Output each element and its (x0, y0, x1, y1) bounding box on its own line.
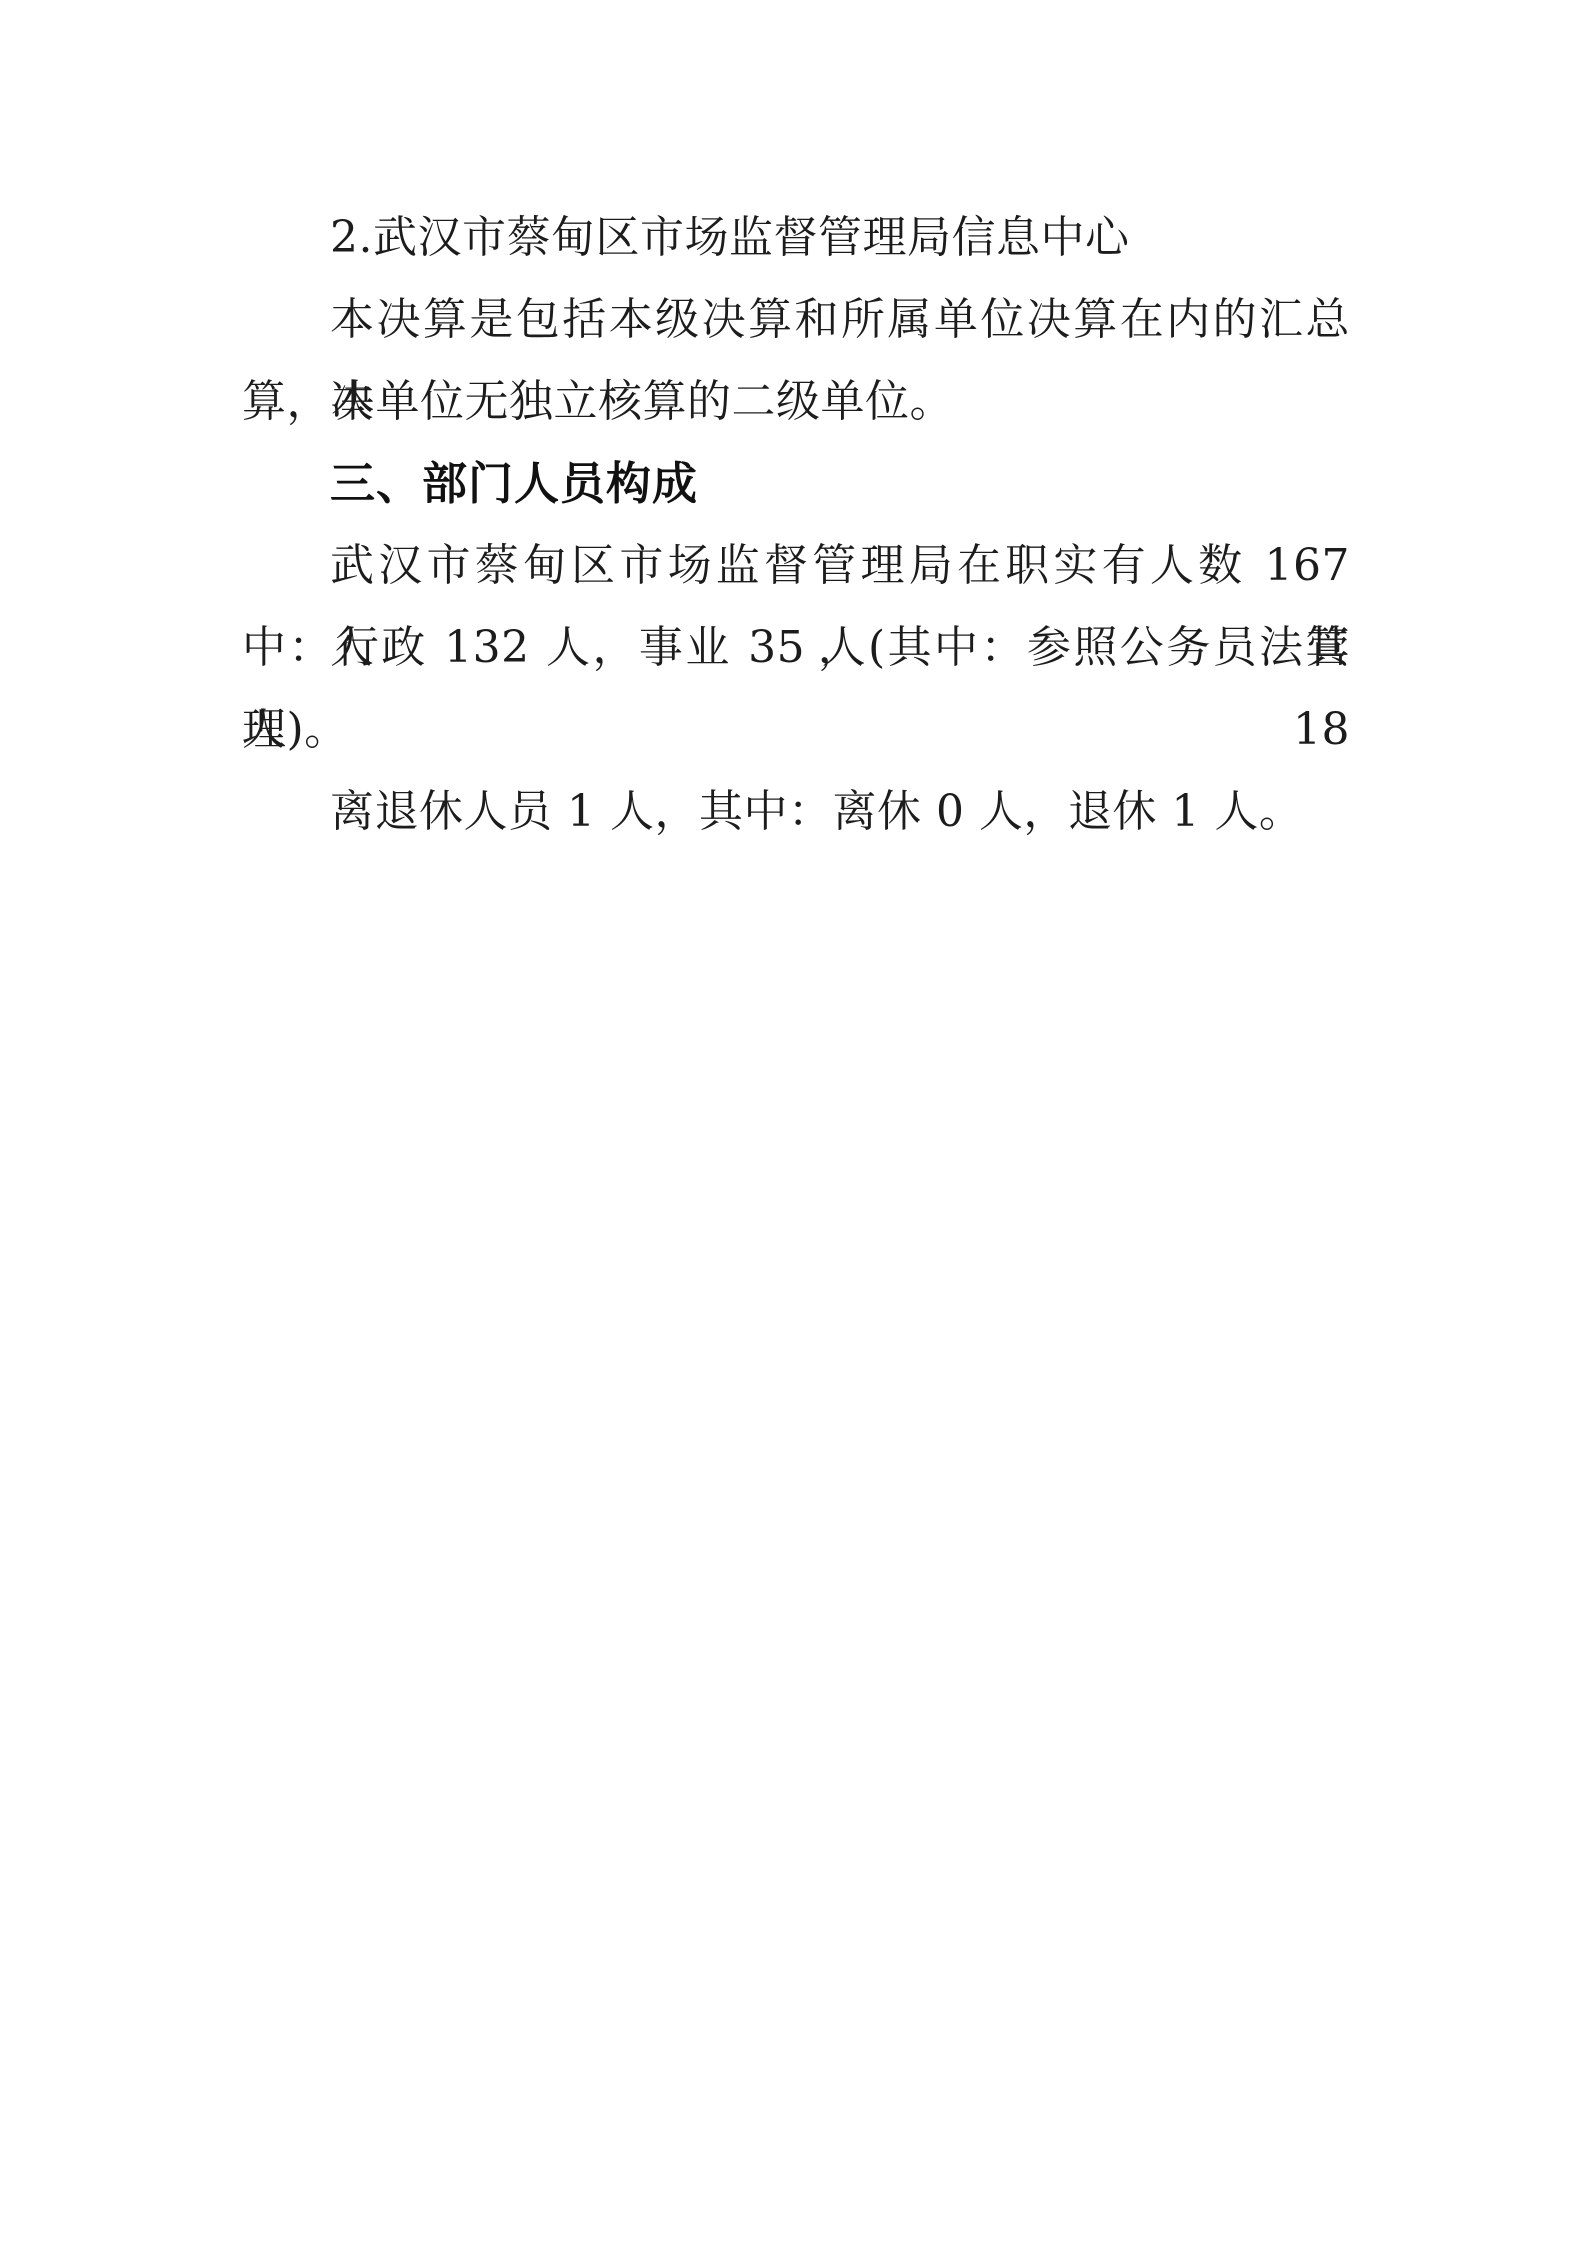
subitem-title-line: 2.武汉市蔡甸区市场监督管理局信息中心 (242, 197, 1350, 279)
section-heading: 三、部门人员构成 (242, 443, 1350, 525)
document-text-block: 2.武汉市蔡甸区市场监督管理局信息中心 本决算是包括本级决算和所属单位决算在内的… (242, 197, 1350, 853)
document-page: 2.武汉市蔡甸区市场监督管理局信息中心 本决算是包括本级决算和所属单位决算在内的… (0, 0, 1588, 2245)
paragraph-line: 武汉市蔡甸区市场监督管理局在职实有人数 167 人，其 (242, 525, 1350, 607)
paragraph-line: 离退休人员 1 人，其中：离休 0 人，退休 1 人。 (242, 771, 1350, 853)
paragraph-line: 本决算是包括本级决算和所属单位决算在内的汇总决 (242, 279, 1350, 361)
paragraph-line: 算，本单位无独立核算的二级单位。 (242, 361, 1350, 443)
paragraph-line: 中：行政 132 人，事业 35 人(其中：参照公务员法管理 18 (242, 607, 1350, 689)
